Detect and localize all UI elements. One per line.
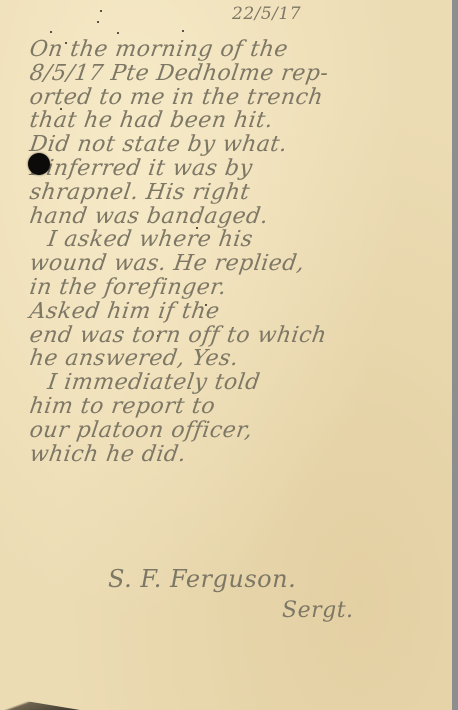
signature-rank: Sergt. [282,598,354,623]
letter-line: which he did. [28,443,441,467]
ink-speck [50,31,52,33]
letter-line: I asked where his [28,228,441,252]
letter-line: 8/5/17 Pte Dedholme rep- [28,62,441,86]
scan-edge-strip [452,0,458,710]
ink-speck [100,10,102,12]
letter-line: Did not state by what. [28,133,441,157]
letter-date: 22/5/17 [232,4,301,24]
letter-page: 22/5/17 On the morning of the 8/5/17 Pte… [0,0,452,710]
letter-line: in the forefinger. [28,276,441,300]
letter-line: Asked him if the [28,300,441,324]
hole-punch [28,153,50,175]
letter-line: orted to me in the trench [28,86,441,110]
letter-line: him to report to [28,395,441,419]
folded-corner [0,688,80,710]
letter-line: our platoon officer, [28,419,441,443]
letter-line: hand was bandaged. [28,205,441,229]
letter-line: I immediately told [28,371,441,395]
letter-line: On the morning of the [28,38,441,62]
ink-speck [117,32,119,34]
letter-line: I inferred it was by [28,157,441,181]
letter-line: end was torn off to which [28,324,441,348]
letter-line: he answered, Yes. [28,347,441,371]
ink-speck [97,21,99,23]
letter-line: shrapnel. His right [28,181,441,205]
signature: S. F. Ferguson. [108,565,296,593]
letter-body: On the morning of the 8/5/17 Pte Dedholm… [28,38,438,466]
letter-line: wound was. He replied, [28,252,441,276]
letter-line: that he had been hit. [28,109,441,133]
ink-speck [182,30,184,32]
